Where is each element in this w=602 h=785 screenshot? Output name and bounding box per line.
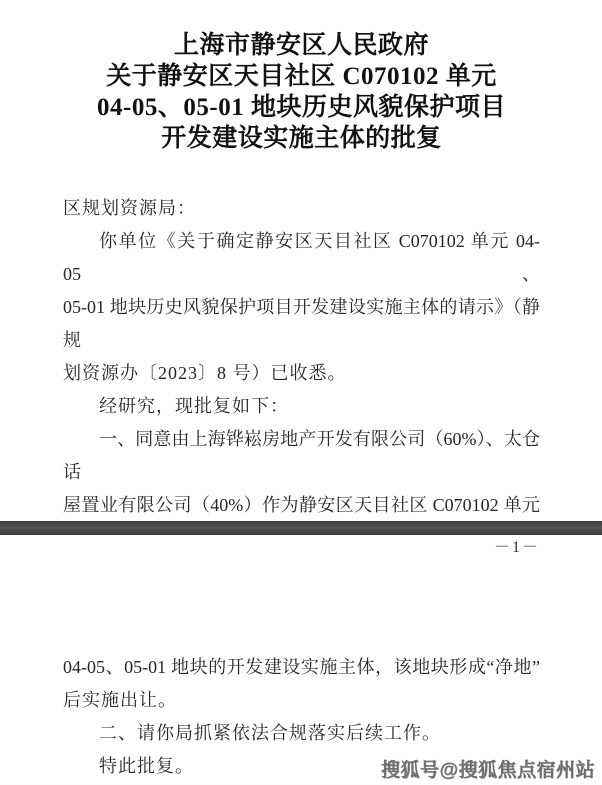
body-line: 你单位《关于确定静安区天目社区 C070102 单元 04-05、 (63, 225, 540, 291)
document-body-page-1: 区规划资源局： 你单位《关于确定静安区天目社区 C070102 单元 04-05… (63, 192, 540, 522)
page-separator-band (0, 521, 602, 535)
body-line: 屋置业有限公司（40%）作为静安区天目社区 C070102 单元 (63, 489, 540, 522)
body-line: 05-01 地块历史风貌保护项目开发建设实施主体的请示》（静规 (63, 291, 540, 357)
title-line-2: 关于静安区天目社区 C070102 单元 (63, 61, 540, 92)
title-line-1: 上海市静安区人民政府 (63, 30, 540, 61)
document-title: 上海市静安区人民政府 关于静安区天目社区 C070102 单元 04-05、05… (63, 30, 540, 154)
salutation-line: 区规划资源局： (63, 192, 540, 225)
title-line-3: 04-05、05-01 地块历史风貌保护项目 (63, 92, 540, 123)
body-line: 划资源办〔2023〕8 号）已收悉。 (63, 357, 540, 390)
body-line: 04-05、05-01 地块的开发建设实施主体，该地块形成“净地” (63, 651, 540, 684)
body-line: 经研究，现批复如下： (63, 390, 540, 423)
title-line-4: 开发建设实施主体的批复 (63, 123, 540, 154)
document-page-1: 上海市静安区人民政府 关于静安区天目社区 C070102 单元 04-05、05… (0, 0, 602, 521)
body-line: 后实施出让。 (63, 684, 540, 717)
sohu-watermark: 搜狐号@搜狐焦点宿州站 (381, 755, 595, 782)
document-page-2: 04-05、05-01 地块的开发建设实施主体，该地块形成“净地” 后实施出让。… (0, 535, 602, 783)
body-line: 一、同意由上海铧崧房地产开发有限公司（60%）、太仓话 (63, 423, 540, 489)
document-screenshot: 上海市静安区人民政府 关于静安区天目社区 C070102 单元 04-05、05… (0, 0, 602, 785)
body-line: 二、请你局抓紧依法合规落实后续工作。 (63, 717, 540, 750)
